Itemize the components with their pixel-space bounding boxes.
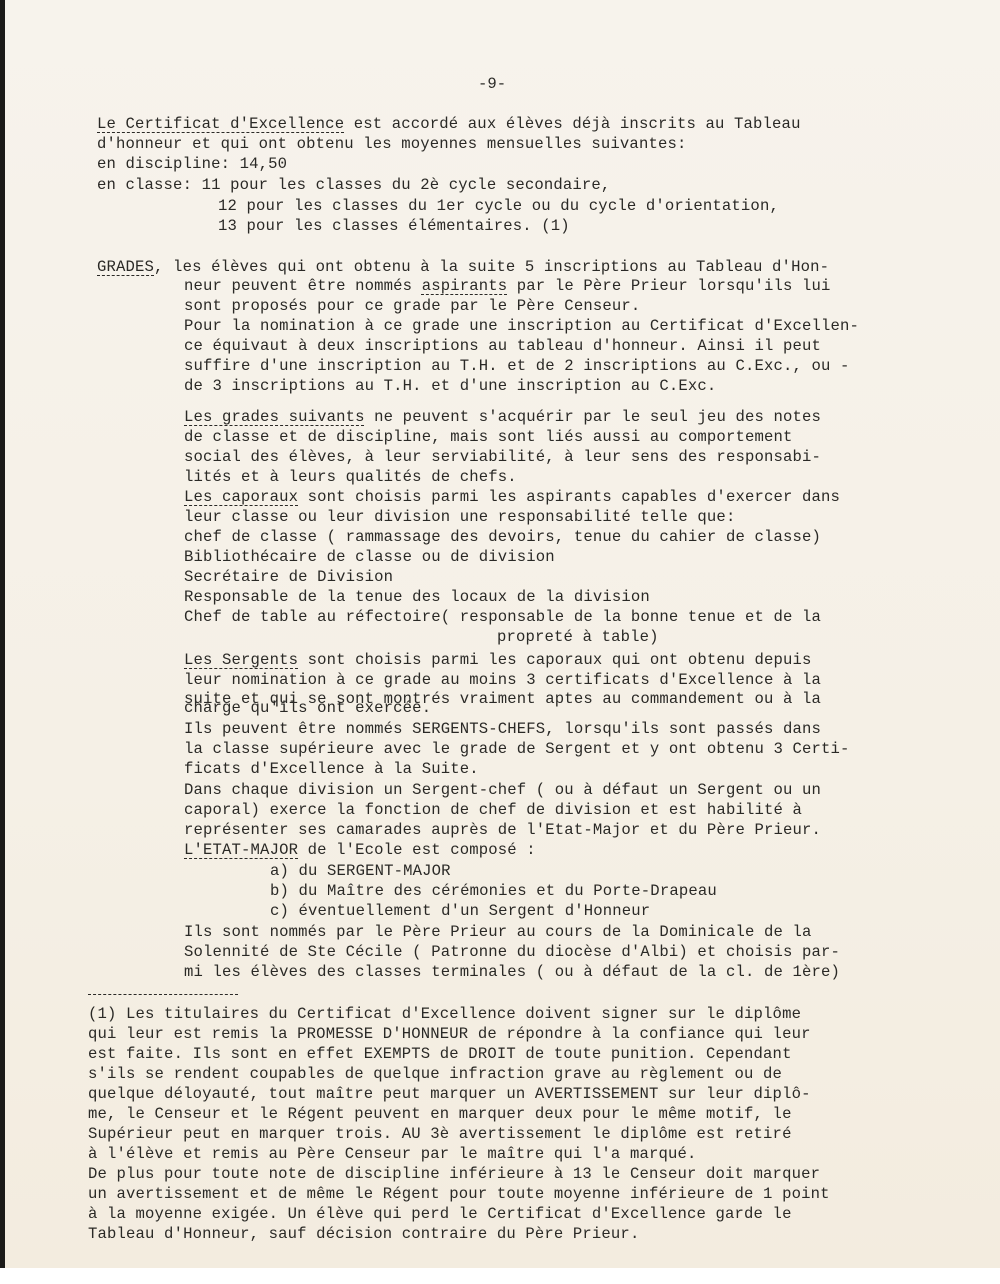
intro-line-2: d'honneur et qui ont obtenu les moyennes… (97, 134, 686, 154)
sergents-line-5: la classe supérieure avec le grade de Se… (184, 739, 850, 759)
etat-major-item: c) éventuellement d'un Sergent d'Honneur (270, 901, 650, 921)
intro-line-5: 12 pour les classes du 1er cycle ou du c… (218, 196, 779, 216)
scan-edge-bottom (0, 1268, 1000, 1284)
sergents-line-6: ficats d'Excellence à la Suite. (184, 759, 479, 779)
intro-line-4: en classe: 11 pour les classes du 2è cyc… (97, 175, 610, 195)
suivants-line-4: lités et à leurs qualités de chefs. (184, 467, 517, 487)
scan-edge-left (0, 0, 5, 1284)
footnote-line: qui leur est remis la PROMESSE D'HONNEUR… (88, 1024, 811, 1044)
caporaux-item: Bibliothécaire de classe ou de division (184, 547, 555, 567)
footnote-line: Tableau d'Honneur, sauf décision contrai… (88, 1224, 639, 1244)
etat-major-line-3: Solennité de Ste Cécile ( Patronne du di… (184, 942, 840, 962)
caporaux-line-1: Les caporaux sont choisis parmi les aspi… (184, 487, 840, 507)
caporaux-item: Responsable de la tenue des locaux de la… (184, 587, 650, 607)
footnote-line: (1) Les titulaires du Certificat d'Excel… (88, 1004, 801, 1024)
footnote-line: Supérieur peut en marquer trois. AU 3è a… (88, 1124, 792, 1144)
etat-major-heading: L'ETAT-MAJOR (184, 841, 298, 859)
intro-line-6: 13 pour les classes élémentaires. (1) (218, 216, 570, 236)
sergents-line-9: représenter ses camarades auprès de l'Et… (184, 820, 821, 840)
grades-line-5: ce équivaut à deux inscriptions au table… (184, 336, 821, 356)
grades-line-3: sont proposés pour ce grade par le Père … (184, 296, 640, 316)
footnote-line: quelque déloyauté, tout maître peut marq… (88, 1084, 811, 1104)
etat-major-line-4: mi les élèves des classes terminales ( o… (184, 962, 840, 982)
caporaux-item: chef de classe ( rammassage des devoirs,… (184, 527, 821, 547)
sergents-line-2: leur nomination à ce grade au moins 3 ce… (184, 670, 821, 690)
suivants-line-1: Les grades suivants ne peuvent s'acquéri… (184, 407, 821, 427)
scanned-page: -9- Le Certificat d'Excellence est accor… (0, 0, 1000, 1268)
footnote-separator (88, 994, 238, 995)
footnote-line: est faite. Ils sont en effet EXEMPTS de … (88, 1044, 792, 1064)
grades-heading: GRADES (97, 258, 154, 276)
caporaux-line-2: leur classe ou leur division une respons… (184, 507, 735, 527)
footnote-line: me, le Censeur et le Régent peuvent en m… (88, 1104, 792, 1124)
sergents-heading: Les Sergents (184, 651, 298, 669)
aspirants-term: aspirants (422, 277, 508, 295)
footnote-line: s'ils se rendent coupables de quelque in… (88, 1064, 782, 1084)
footnote-line: à l'élève et remis au Père Censeur par l… (88, 1144, 697, 1164)
caporaux-item: Chef de table au réfectoire( responsable… (184, 607, 821, 627)
certificat-heading: Le Certificat d'Excellence (97, 115, 344, 133)
grades-line-1: GRADES, les élèves qui ont obtenu à la s… (97, 257, 829, 277)
grades-line-6: suffire d'une inscription au T.H. et de … (184, 356, 850, 376)
grades-line-2: neur peuvent être nommés aspirants par l… (184, 276, 831, 296)
footnote-line: un avertissement et de même le Régent po… (88, 1184, 830, 1204)
caporaux-item: Secrétaire de Division (184, 567, 393, 587)
footnote-line: à la moyenne exigée. Un élève qui perd l… (88, 1204, 792, 1224)
intro-line-3: en discipline: 14,50 (97, 154, 287, 174)
suivants-line-3: social des élèves, à leur serviabilité, … (184, 447, 821, 467)
etat-major-line-2: Ils sont nommés par le Père Prieur au co… (184, 922, 812, 942)
page-number: -9- (478, 75, 506, 93)
sergents-line-8: caporal) exerce la fonction de chef de d… (184, 800, 802, 820)
sergents-line-3b: charge qu'ils ont exercée. (184, 698, 431, 718)
intro-line-1: Le Certificat d'Excellence est accordé a… (97, 114, 801, 134)
grades-line-7: de 3 inscriptions au T.H. et d'une inscr… (184, 376, 716, 396)
grades-line-4: Pour la nomination à ce grade une inscri… (184, 316, 859, 336)
caporaux-heading: Les caporaux (184, 488, 298, 506)
grades-suivants-heading: Les grades suivants (184, 408, 365, 426)
footnote-line: De plus pour toute note de discipline in… (88, 1164, 820, 1184)
etat-major-item: a) du SERGENT-MAJOR (270, 861, 451, 881)
sergents-line-4: Ils peuvent être nommés SERGENTS-CHEFS, … (184, 719, 821, 739)
sergents-line-7: Dans chaque division un Sergent-chef ( o… (184, 780, 821, 800)
etat-major-item: b) du Maître des cérémonies et du Porte-… (270, 881, 717, 901)
caporaux-item: propreté à table) (497, 627, 659, 647)
sergents-line-1: Les Sergents sont choisis parmi les capo… (184, 650, 812, 670)
suivants-line-2: de classe et de discipline, mais sont li… (184, 427, 793, 447)
etat-major-line-1: L'ETAT-MAJOR de l'Ecole est composé : (184, 840, 536, 860)
